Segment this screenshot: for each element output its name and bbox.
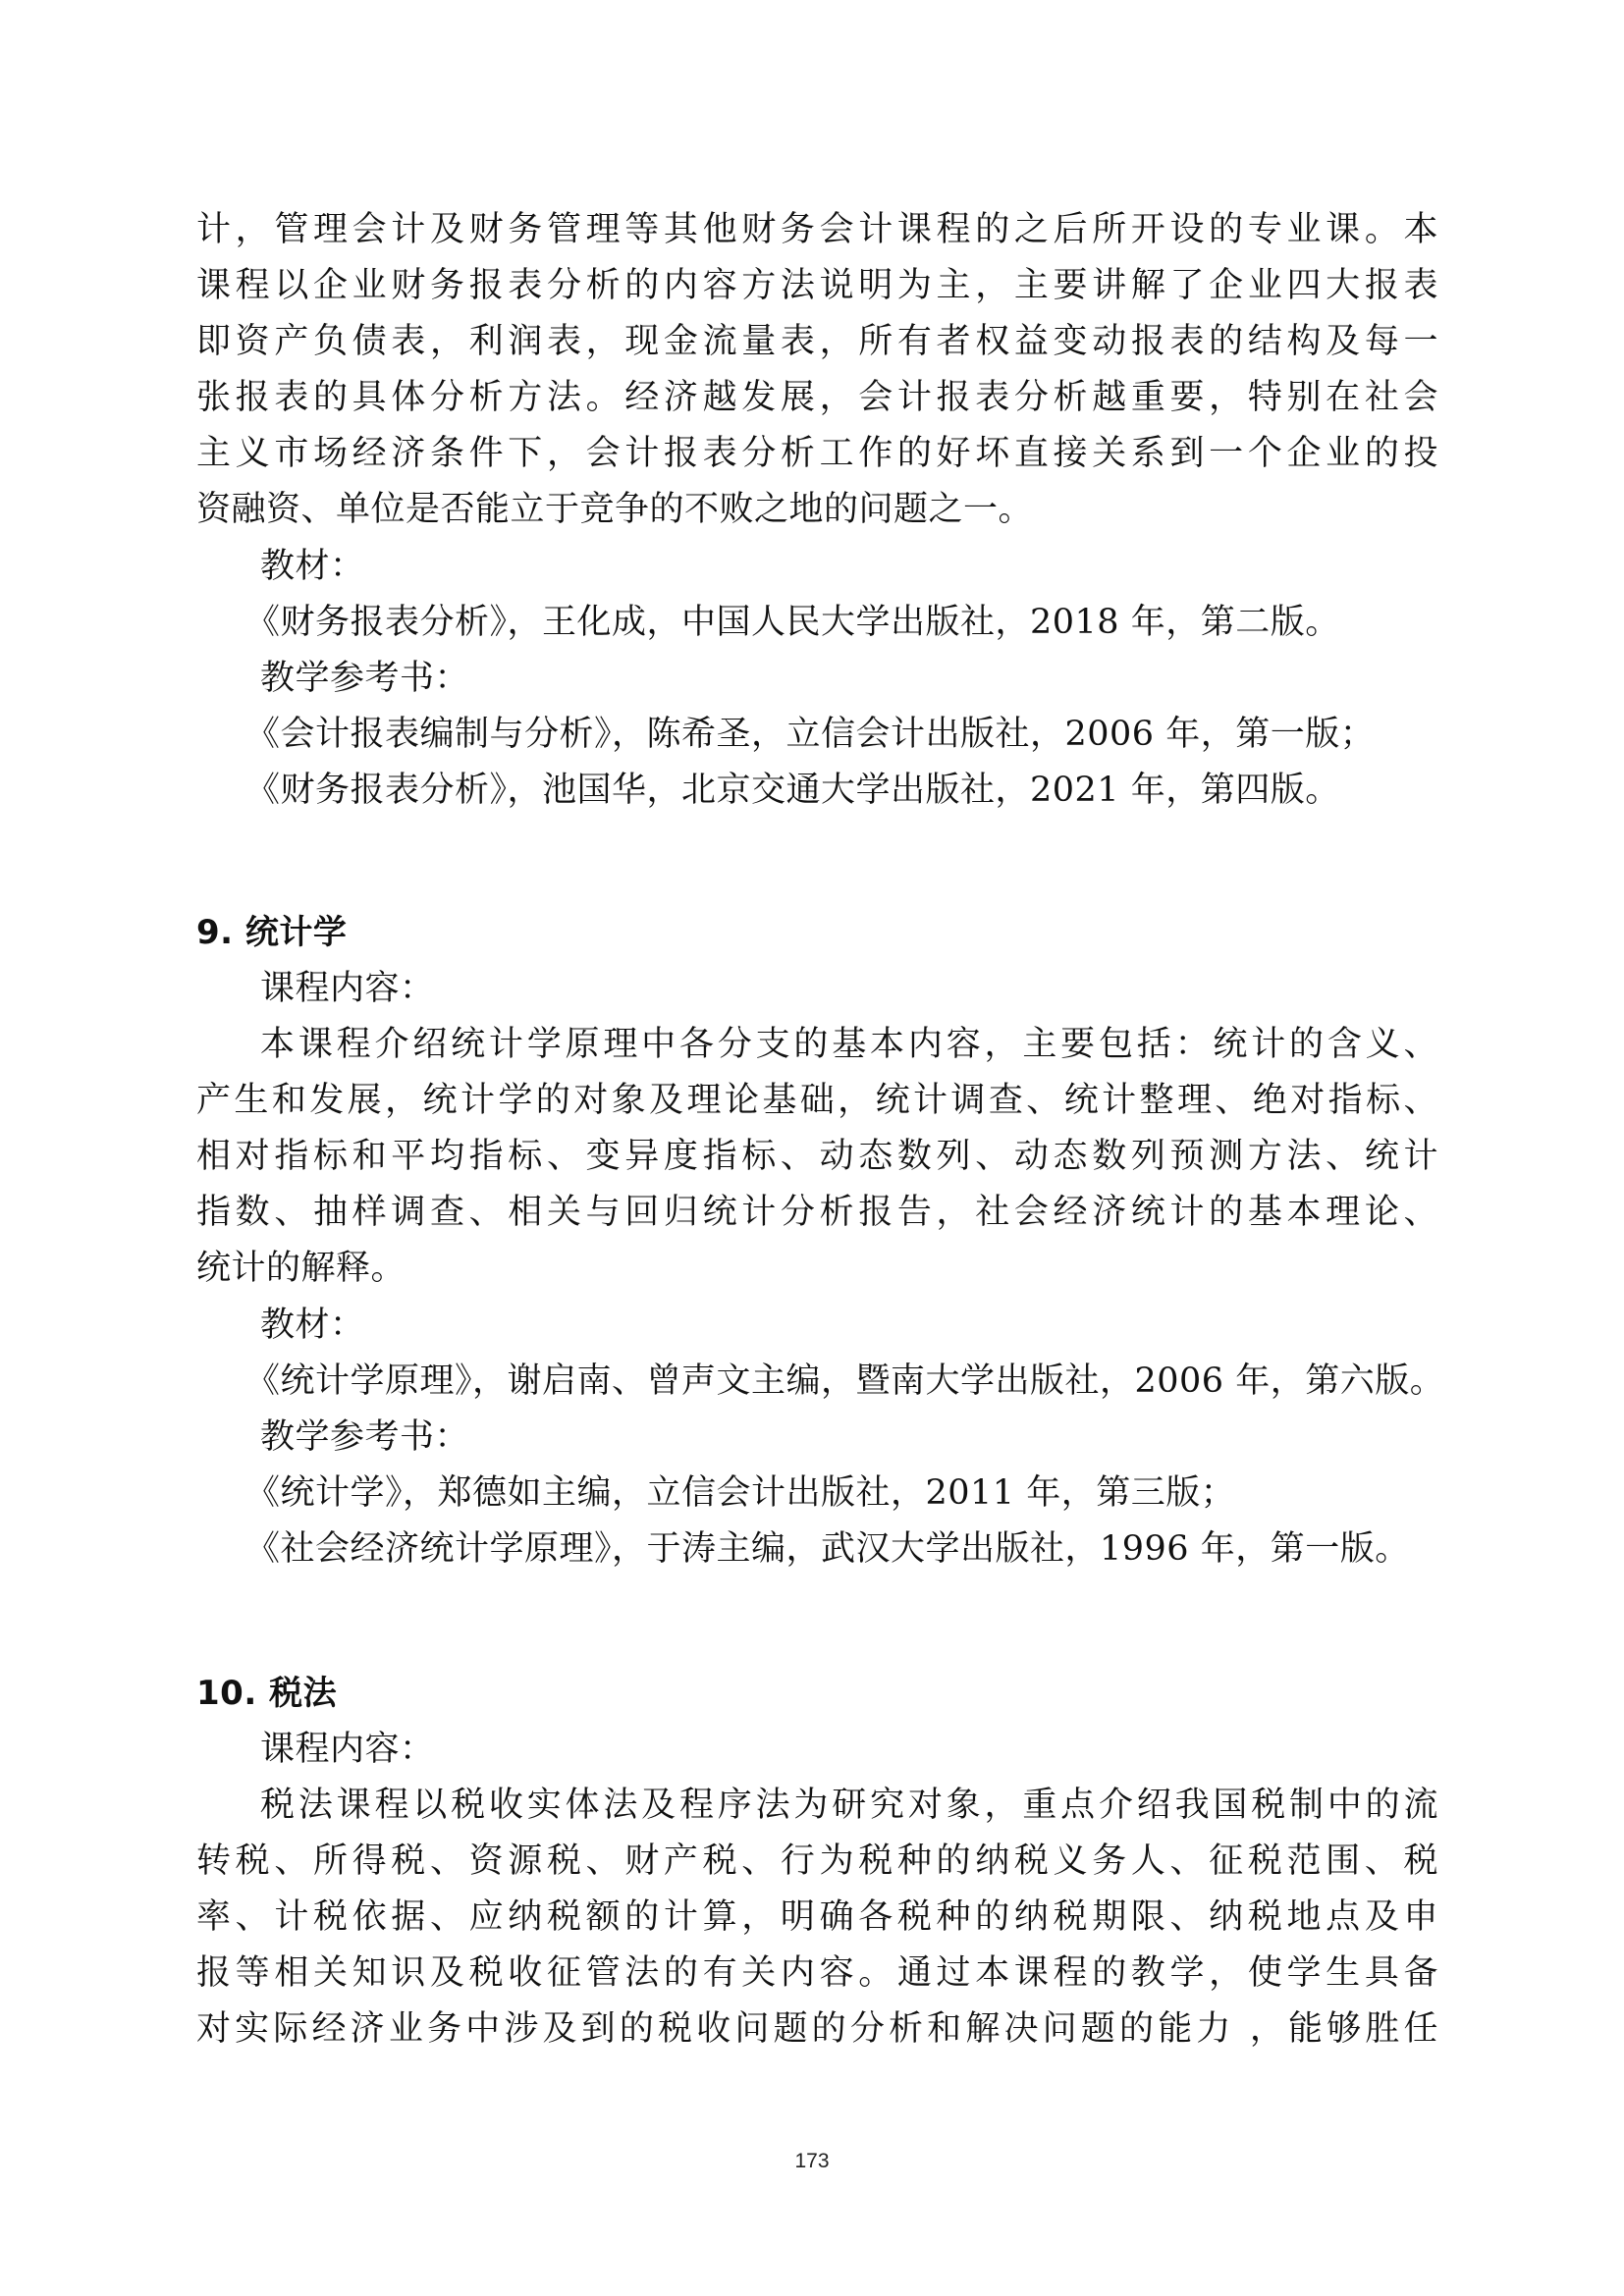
reference-label: 教学参考书： [260, 1417, 1502, 1457]
paragraph-line: 转税、所得税、资源税、财产税、行为税种的纳税义务人、征税范围、税 [196, 1842, 1438, 1881]
paragraph-line: 主义市场经济条件下，会计报表分析工作的好坏直接关系到一个企业的投 [196, 434, 1438, 473]
content-label: 课程内容： [260, 1730, 1502, 1769]
paragraph-line: 即资产负债表，利润表，现金流量表，所有者权益变动报表的结构及每一 [196, 322, 1438, 361]
reference-label: 教学参考书： [260, 659, 1502, 698]
paragraph-line: 税法课程以税收实体法及程序法为研究对象，重点介绍我国税制中的流 [260, 1786, 1438, 1825]
reference-entry: 《社会经济统计学原理》，于涛主编，武汉大学出版社，1996 年，第一版。 [245, 1529, 1488, 1569]
paragraph-line: 本课程介绍统计学原理中各分支的基本内容，主要包括：统计的含义、 [260, 1025, 1438, 1064]
paragraph-line: 统计的解释。 [196, 1249, 1438, 1288]
paragraph-line: 资融资、单位是否能立于竞争的不败之地的问题之一。 [196, 490, 1438, 529]
section-heading: 10. 税法 [196, 1674, 1438, 1713]
textbook-label: 教材： [260, 1306, 1502, 1345]
paragraph-line: 指数、抽样调查、相关与回归统计分析报告，社会经济统计的基本理论、 [196, 1193, 1438, 1232]
textbook-entry: 《财务报表分析》，王化成，中国人民大学出版社，2018 年，第二版。 [245, 603, 1488, 642]
paragraph-line: 课程以企业财务报表分析的内容方法说明为主，主要讲解了企业四大报表 [196, 266, 1438, 305]
paragraph-line: 率、计税依据、应纳税额的计算，明确各税种的纳税期限、纳税地点及申 [196, 1897, 1438, 1937]
paragraph-line: 对实际经济业务中涉及到的税收问题的分析和解决问题的能力 ，能够胜任 [196, 2009, 1438, 2049]
section-heading: 9. 统计学 [196, 913, 1438, 952]
reference-entry: 《财务报表分析》，池国华，北京交通大学出版社，2021 年，第四版。 [245, 771, 1488, 810]
paragraph-line: 计，管理会计及财务管理等其他财务会计课程的之后所开设的专业课。本 [196, 210, 1438, 249]
paragraph-line: 产生和发展，统计学的对象及理论基础，统计调查、统计整理、绝对指标、 [196, 1081, 1438, 1120]
paragraph-line: 相对指标和平均指标、变异度指标、动态数列、动态数列预测方法、统计 [196, 1137, 1438, 1176]
content-label: 课程内容： [260, 969, 1502, 1008]
paragraph-line: 报等相关知识及税收征管法的有关内容。通过本课程的教学，使学生具备 [196, 1953, 1438, 1993]
document-page: 计，管理会计及财务管理等其他财务会计课程的之后所开设的专业课。本 课程以企业财务… [0, 0, 1624, 2296]
reference-entry: 《统计学》，郑德如主编，立信会计出版社，2011 年，第三版； [245, 1473, 1488, 1513]
page-number: 173 [0, 2150, 1624, 2173]
paragraph-line: 张报表的具体分析方法。经济越发展，会计报表分析越重要，特别在社会 [196, 378, 1438, 417]
textbook-entry: 《统计学原理》，谢启南、曾声文主编，暨南大学出版社，2006 年，第六版。 [245, 1362, 1488, 1401]
reference-entry: 《会计报表编制与分析》，陈希圣，立信会计出版社，2006 年，第一版； [245, 715, 1488, 754]
textbook-label: 教材： [260, 547, 1502, 586]
